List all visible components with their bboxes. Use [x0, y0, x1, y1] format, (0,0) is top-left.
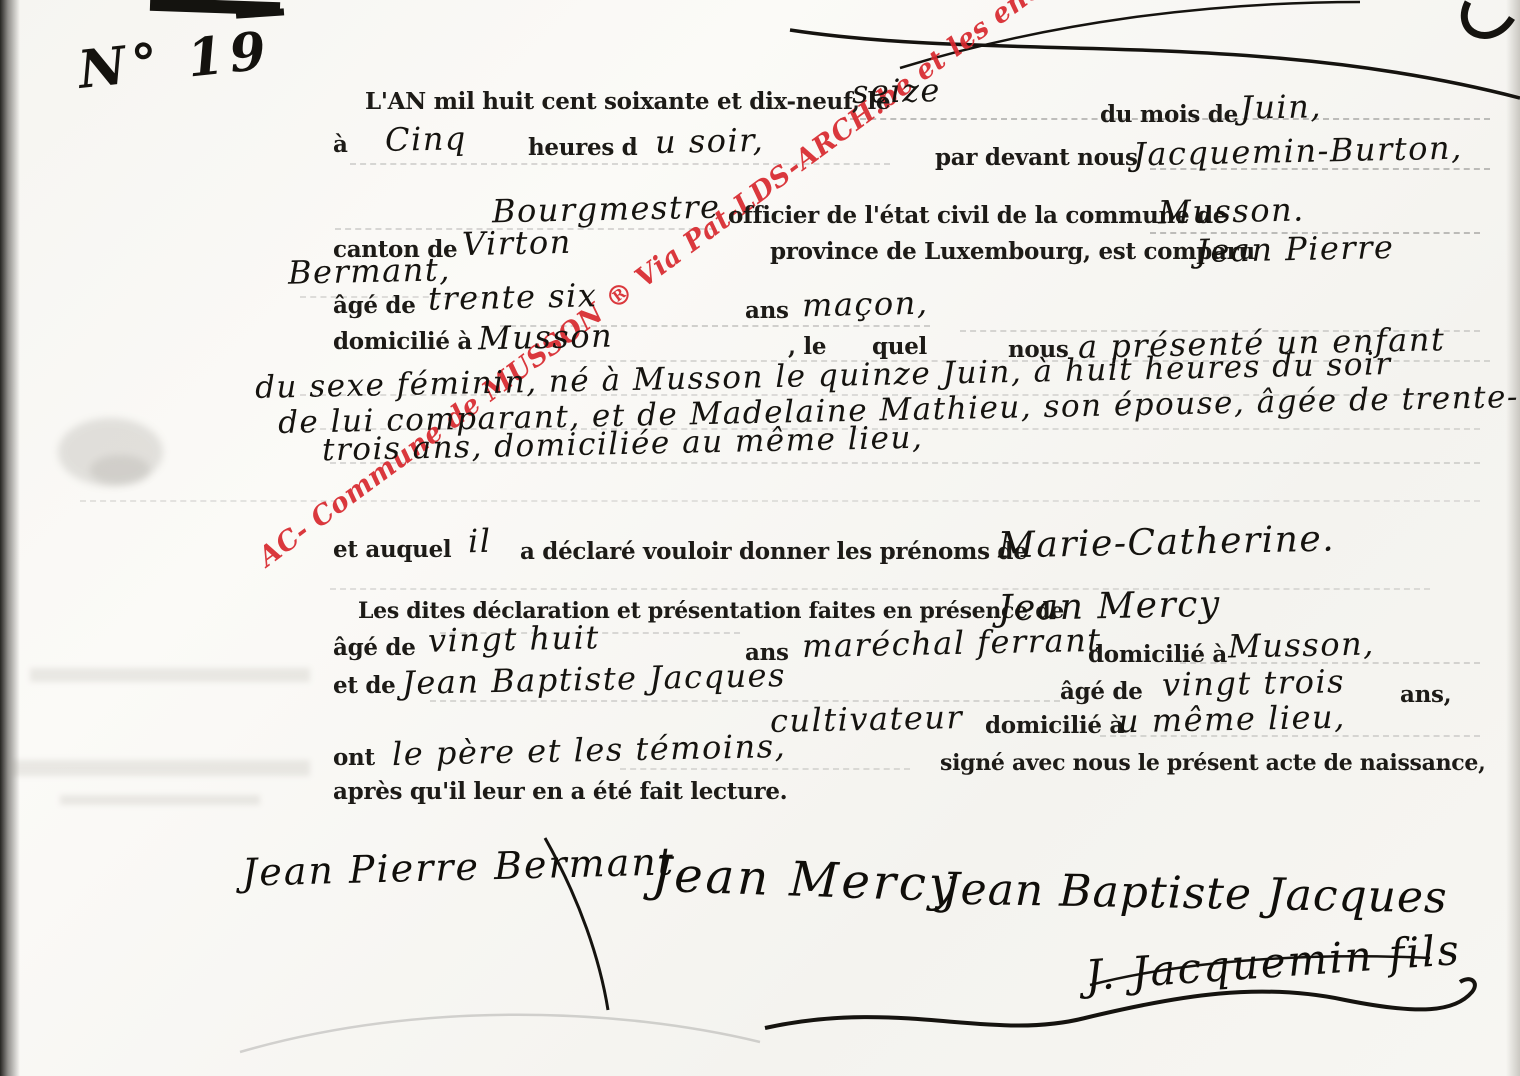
- printed-age-label: âgé de: [333, 292, 416, 319]
- ruled-line: [80, 500, 1480, 502]
- corner-ink-mark: [1464, 2, 1512, 35]
- handwritten-month: Juin,: [1240, 87, 1323, 127]
- handwritten-declarant-surname: Bermant,: [288, 250, 452, 291]
- printed-domicile-label: domicilié à: [333, 328, 472, 355]
- handwritten-age: trente six: [428, 276, 598, 318]
- bleed-through-text: [10, 760, 310, 776]
- handwritten-il: il: [468, 522, 492, 560]
- printed-signed-clause: signé avec nous le présent acte de naiss…: [940, 750, 1485, 776]
- printed-year-line: L'AN mil huit cent soixante et dix-neuf,…: [365, 88, 890, 115]
- handwritten-commune: Musson.: [1158, 190, 1306, 231]
- pencil-curve: [240, 1015, 760, 1052]
- printed-and-of: et de: [333, 672, 395, 699]
- handwritten-hour: Cinq: [385, 119, 468, 159]
- scan-right-edge: [1506, 0, 1520, 1076]
- printed-after-reading: après qu'il leur en a été fait lecture.: [333, 778, 787, 805]
- handwritten-witness1-age: vingt huit: [428, 618, 601, 660]
- printed-age-label-2: âgé de: [333, 634, 416, 661]
- bleed-through-text: [60, 795, 260, 805]
- scanned-birth-record: N° 19 AC- Commune de MUSSON ® Via Pat-LD…: [0, 0, 1520, 1076]
- ruled-line: [330, 588, 1430, 590]
- smudge-mark: [90, 455, 150, 485]
- handwritten-period: u soir,: [655, 121, 765, 161]
- printed-month-label: du mois de: [1100, 101, 1238, 128]
- printed-years-label-3: ans,: [1400, 681, 1451, 708]
- handwritten-child-names: Marie-Catherine.: [998, 518, 1336, 566]
- handwritten-witness1-domicile: Musson,: [1228, 624, 1376, 665]
- handwritten-declarant-firstname: Jean Pierre: [1196, 228, 1395, 270]
- handwritten-signers: le père et les témoins,: [392, 727, 787, 773]
- handwritten-witness2-profession: cultivateur: [770, 698, 964, 740]
- printed-domicile-label-3: domicilié à: [985, 712, 1124, 739]
- printed-hours-label: heures d: [528, 134, 637, 161]
- handwritten-witness1-profession: maréchal ferrant: [802, 621, 1102, 665]
- printed-and-to-whom: et auquel: [333, 536, 451, 563]
- printed-province-line: province de Luxembourg, est comparu: [770, 238, 1255, 265]
- printed-age-label-3: âgé de: [1060, 678, 1143, 705]
- handwritten-profession: maçon,: [802, 284, 929, 325]
- printed-before-us: par devant nous: [935, 144, 1138, 171]
- printed-domicile-label-2: domicilié à: [1088, 641, 1227, 668]
- handwritten-canton: Virton: [462, 223, 573, 263]
- printed-years-label: ans: [745, 297, 789, 324]
- handwritten-officer-name: Jacquemin-Burton,: [1133, 129, 1463, 174]
- printed-lequel: , le: [788, 333, 826, 360]
- scan-left-edge: [0, 0, 20, 1076]
- signature-declarant: Jean Pierre Bermant: [241, 839, 675, 894]
- printed-civil-officer: officier de l'état civil de la commune d…: [728, 202, 1227, 229]
- printed-ont: ont: [333, 744, 375, 771]
- printed-at: à: [333, 131, 348, 158]
- handwritten-day: seize: [852, 71, 942, 111]
- signature-officer: J. Jacquemin fils: [1084, 925, 1463, 1000]
- handwritten-witness2-name: Jean Baptiste Jacques: [402, 656, 787, 702]
- ruled-line: [620, 768, 910, 770]
- act-number: N° 19: [75, 20, 274, 101]
- ruled-line: [430, 700, 1060, 702]
- handwritten-domicile: Musson: [478, 317, 614, 358]
- bleed-through-text: [30, 668, 310, 682]
- signature-witness2: Jean Baptiste Jacques: [942, 864, 1448, 924]
- printed-declared-names: a déclaré vouloir donner les prénoms de: [520, 538, 1028, 565]
- signature-witness1: Jean Mercy: [651, 847, 960, 914]
- handwritten-witness2-domicile: u même lieu,: [1118, 698, 1346, 741]
